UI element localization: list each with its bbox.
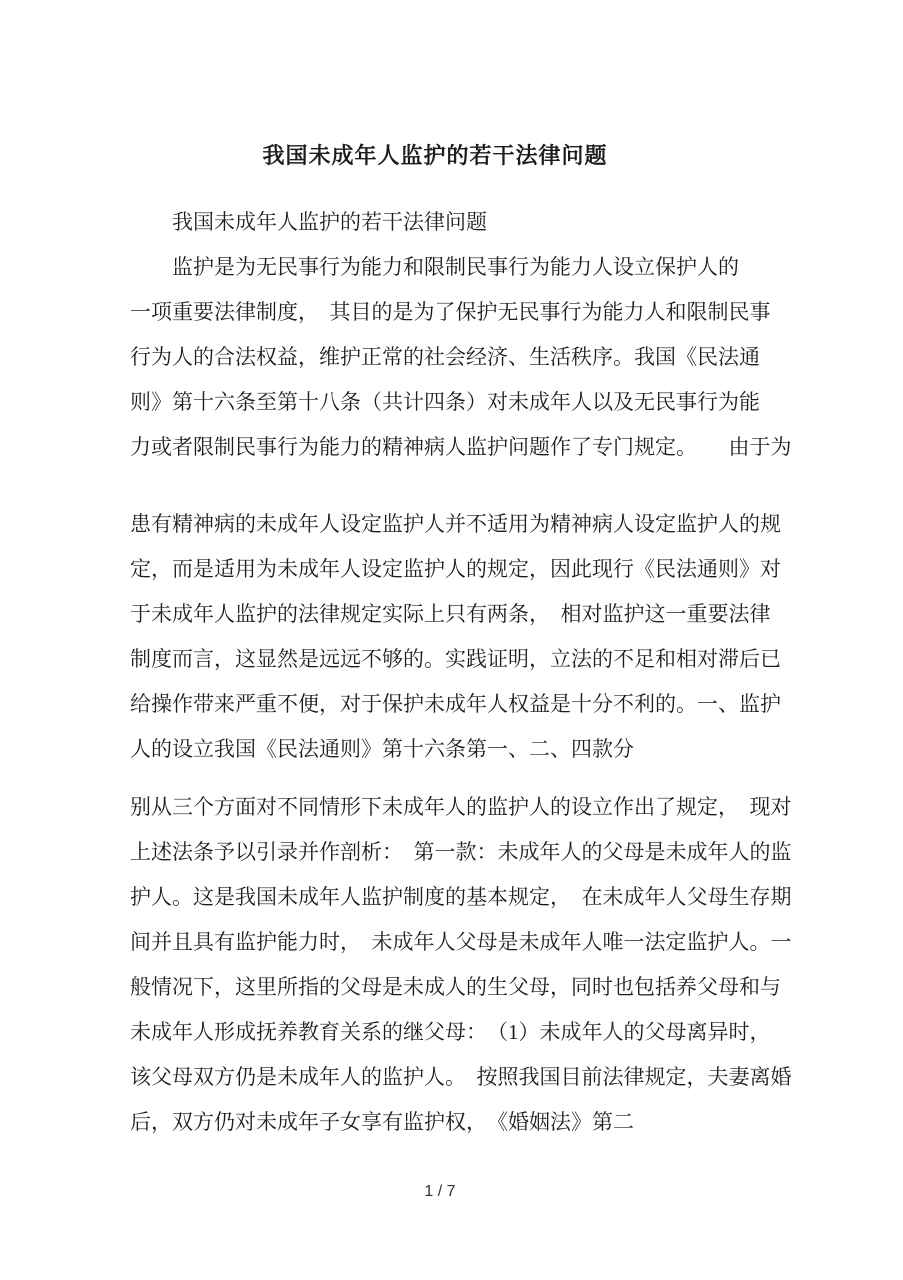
document-page: 我国未成年人监护的若干法律问题 我国未成年人监护的若干法律问题 监护是为无民事行…	[0, 0, 903, 1280]
document-body: 我国未成年人监护的若干法律问题 我国未成年人监护的若干法律问题 监护是为无民事行…	[130, 133, 810, 1145]
paragraph-intro: 监护是为无民事行为能力和限制民事行为能力人设立保护人的 一项重要法律制度， 其目…	[130, 245, 810, 470]
paragraph-body-1: 患有精神病的未成年人设定监护人并不适用为精神病人设定监护人的规 定，而是适用为未…	[130, 502, 810, 772]
paragraph-subtitle: 我国未成年人监护的若干法律问题	[130, 200, 810, 245]
paragraph-body-2: 别从三个方面对不同情形下未成年人的监护人的设立作出了规定， 现对 上述法条予以引…	[130, 785, 810, 1145]
document-title: 我国未成年人监护的若干法律问题	[130, 133, 810, 178]
page-number: 1 / 7	[0, 1180, 880, 1204]
